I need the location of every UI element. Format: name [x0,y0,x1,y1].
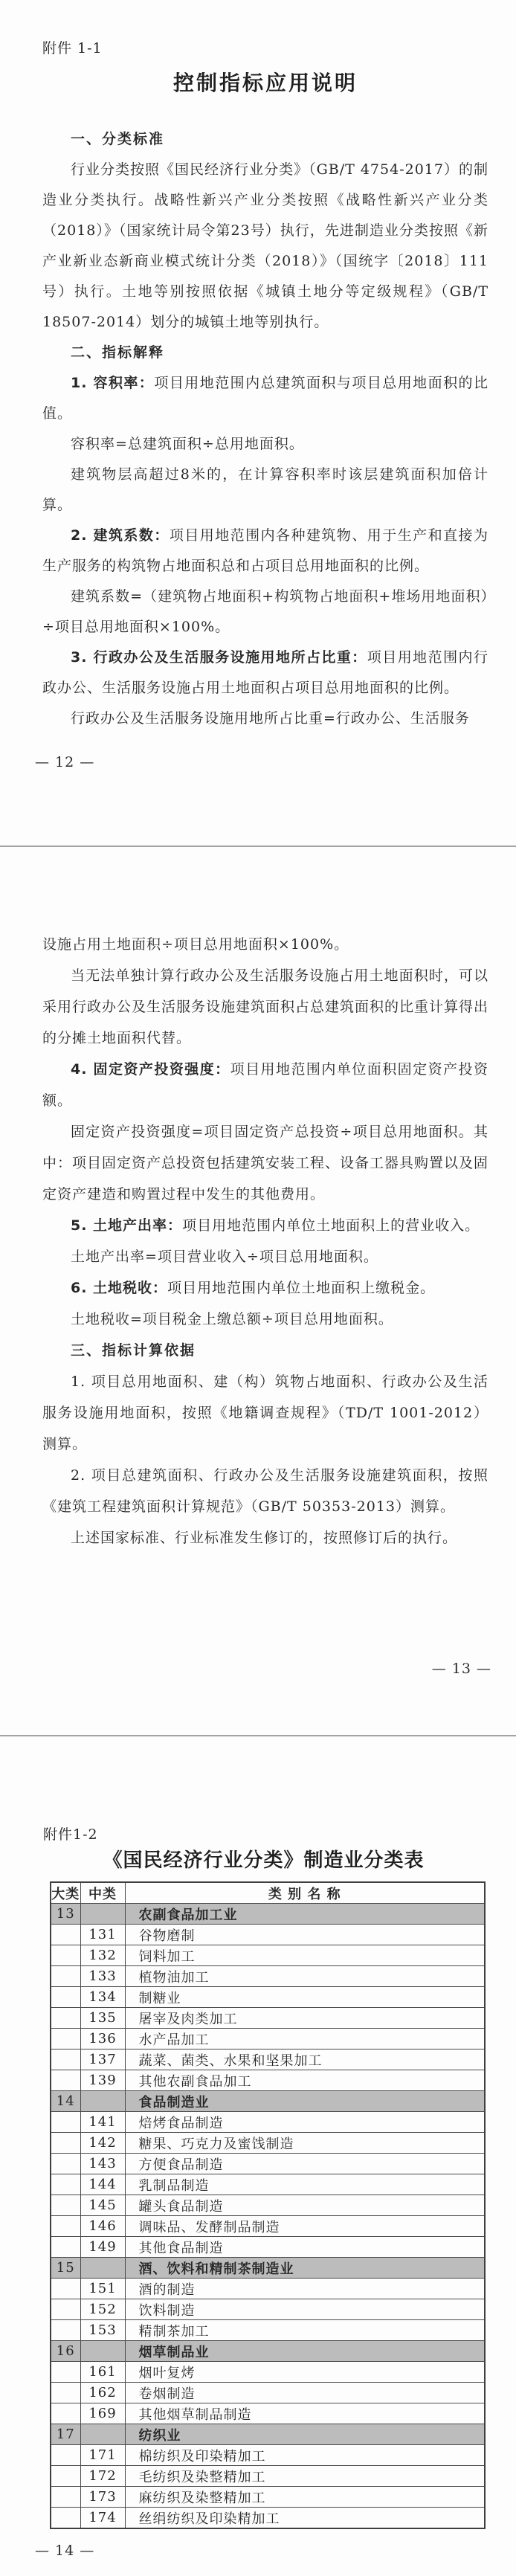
term-lead: 5. 土地产出率： [71,1217,182,1234]
paragraph-text: 行业分类按照《国民经济行业分类》（GB/T 4754-2017）的制造业分类执行… [42,161,488,330]
cell-middle-code: 144 [80,2174,125,2195]
cell-middle-code: 137 [80,2049,125,2070]
cell-middle-code [80,2341,125,2362]
paragraph: 行业分类按照《国民经济行业分类》（GB/T 4754-2017）的制造业分类执行… [42,155,488,338]
page-2-body: 设施占用土地面积÷项目总用地面积×100%。 当无法单独计算行政办公及生活服务设… [42,929,488,1553]
table-row: 171 棉纺织及印染精加工 [51,2445,485,2466]
document-title: 控制指标应用说明 [42,70,488,97]
cell-middle-code: 173 [80,2487,125,2508]
paragraph: 上述国家标准、行业标准发生修订的，按照修订后的执行。 [42,1522,488,1553]
table-row: 174 丝绢纺织及印染精加工 [51,2508,485,2529]
page-number: — 14 — [35,2541,484,2560]
table-row: 149 其他食品制造 [51,2237,485,2258]
page-3: 附件1-2 《国民经济行业分类》制造业分类表 大类 中类 类 别 名 称 13 … [0,1736,516,2576]
cell-major-code [51,2445,80,2466]
paragraph: 当无法单独计算行政办公及生活服务设施占用土地面积时，可以采用行政办公及生活服务设… [42,960,488,1054]
cell-major-code [51,2008,80,2029]
table-row: 152 饮料制造 [51,2299,485,2320]
paragraph: 2. 建筑系数：项目用地范围内各种建筑物、用于生产和直接为生产服务的构筑物占地面… [42,521,488,582]
cell-major-code [51,2466,80,2487]
paragraph-text: 设施占用土地面积÷项目总用地面积×100%。 [42,936,349,953]
table-row: 144 乳制品制造 [51,2174,485,2195]
table-row: 16 烟草制品业 [51,2341,485,2362]
cell-major-code [51,1925,80,1945]
cell-middle-code: 161 [80,2362,125,2383]
cell-middle-code: 172 [80,2466,125,2487]
cell-major-code [51,1987,80,2008]
table-header: 大类 中类 类 别 名 称 [51,1882,485,1904]
cell-category-name: 饮料制造 [125,2299,485,2320]
cell-category-name: 丝绢纺织及印染精加工 [125,2508,485,2529]
cell-middle-code: 151 [80,2279,125,2299]
table-row: 137 蔬菜、菌类、水果和坚果加工 [51,2049,485,2070]
cell-major-code [51,2383,80,2403]
table-row: 173 麻纺织及染整精加工 [51,2487,485,2508]
paragraph-text: 当无法单独计算行政办公及生活服务设施占用土地面积时，可以采用行政办公及生活服务设… [42,967,488,1046]
table-row: 151 酒的制造 [51,2279,485,2299]
cell-category-name: 饲料加工 [125,1945,485,1966]
table-row: 136 水产品加工 [51,2029,485,2049]
cell-category-name: 谷物磨制 [125,1925,485,1945]
paragraph: 土地产出率=项目营业收入÷项目总用地面积。 [42,1241,488,1272]
cell-category-name: 屠宰及肉类加工 [125,2008,485,2029]
term-lead: 3. 行政办公及生活服务设施用地所占比重： [71,649,367,666]
cell-middle-code: 152 [80,2299,125,2320]
cell-category-name: 制糖业 [125,1987,485,2008]
paragraph: 固定资产投资强度=项目固定资产总投资÷项目总用地面积。其中：项目固定资产总投资包… [42,1116,488,1210]
cell-category-name: 农副食品加工业 [125,1904,485,1925]
paragraph-text: 二、指标解释 [71,344,164,361]
cell-major-code [51,2174,80,2195]
paragraph-text: 土地税收=项目税金上缴总额÷项目总用地面积。 [71,1311,393,1327]
paragraph: 行政办公及生活服务设施用地所占比重=行政办公、生活服务 [42,703,488,734]
cell-major-code [51,2133,80,2154]
cell-middle-code: 135 [80,2008,125,2029]
table-row: 161 烟叶复烤 [51,2362,485,2383]
paragraph: 建筑系数=（建筑物占地面积+构筑物占地面积+堆场用地面积）÷项目总用地面积×10… [42,582,488,643]
cell-major-code [51,1966,80,1987]
cell-middle-code: 141 [80,2112,125,2133]
paragraph-text: 行政办公及生活服务设施用地所占比重=行政办公、生活服务 [71,710,470,727]
cell-category-name: 植物油加工 [125,1966,485,1987]
cell-middle-code [80,1904,125,1925]
cell-middle-code: 142 [80,2133,125,2154]
classification-table: 大类 中类 类 别 名 称 13 农副食品加工业 131 谷物磨制 [50,1881,486,2529]
paragraph-text: 建筑系数=（建筑物占地面积+构筑物占地面积+堆场用地面积）÷项目总用地面积×10… [42,588,488,635]
paragraph: 设施占用土地面积÷项目总用地面积×100%。 [42,929,488,960]
paragraph: 6. 土地税收：项目用地范围内单位土地面积上缴税金。 [42,1272,488,1304]
paragraph-text: 一、分类标准 [71,131,164,147]
table-row: 145 罐头食品制造 [51,2195,485,2216]
header-category-name: 类 别 名 称 [125,1882,485,1904]
paragraph: 5. 土地产出率：项目用地范围内单位土地面积上的营业收入。 [42,1210,488,1241]
table-row: 134 制糖业 [51,1987,485,2008]
paragraph: 2. 项目总建筑面积、行政办公及生活服务设施建筑面积，按照《建筑工程建筑面积计算… [42,1460,488,1522]
paragraph-text: 1. 项目总用地面积、建（构）筑物占地面积、行政办公及生活服务设施用地面积，按照… [42,1374,488,1452]
paragraph: 土地税收=项目税金上缴总额÷项目总用地面积。 [42,1304,488,1335]
cell-major-code [51,2487,80,2508]
cell-category-name: 方便食品制造 [125,2154,485,2174]
cell-major-code [51,2049,80,2070]
cell-middle-code: 143 [80,2154,125,2174]
page-number: — 13 — [432,1659,491,1678]
term-lead: 1. 容积率： [71,375,154,391]
term-lead: 4. 固定资产投资强度： [71,1061,230,1078]
cell-middle-code: 134 [80,1987,125,2008]
cell-major-code [51,2299,80,2320]
header-major-category: 大类 [51,1882,80,1904]
table-title: 《国民经济行业分类》制造业分类表 [43,1849,484,1873]
cell-category-name: 食品制造业 [125,2091,485,2112]
cell-category-name: 其他食品制造 [125,2237,485,2258]
cell-middle-code [80,2091,125,2112]
table-row: 142 糖果、巧克力及蜜饯制造 [51,2133,485,2154]
table-row: 169 其他烟草制品制造 [51,2403,485,2424]
table-row: 14 食品制造业 [51,2091,485,2112]
paragraph: 一、分类标准 [42,124,488,155]
paragraph-text: 土地产出率=项目营业收入÷项目总用地面积。 [71,1249,378,1265]
paragraph: 1. 容积率：项目用地范围内总建筑面积与项目总用地面积的比值。 [42,368,488,429]
cell-middle-code [80,2424,125,2445]
cell-major-code: 14 [51,2091,80,2112]
paragraph: 二、指标解释 [42,338,488,368]
cell-major-code [51,2508,80,2529]
table-row: 139 其他农副食品加工 [51,2070,485,2091]
paragraph-text: 建筑物层高超过8米的，在计算容积率时该层建筑面积加倍计算。 [42,466,488,513]
cell-middle-code: 153 [80,2320,125,2341]
cell-major-code: 15 [51,2258,80,2279]
table-row: 131 谷物磨制 [51,1925,485,1945]
cell-category-name: 棉纺织及印染精加工 [125,2445,485,2466]
cell-category-name: 酒、饮料和精制茶制造业 [125,2258,485,2279]
cell-middle-code: 171 [80,2445,125,2466]
cell-category-name: 乳制品制造 [125,2174,485,2195]
cell-category-name: 蔬菜、菌类、水果和坚果加工 [125,2049,485,2070]
cell-major-code [51,2070,80,2091]
cell-middle-code [80,2258,125,2279]
table-body: 13 农副食品加工业 131 谷物磨制 132 饲料加工 [51,1904,485,2529]
cell-middle-code: 133 [80,1966,125,1987]
page-1-body: 一、分类标准 行业分类按照《国民经济行业分类》（GB/T 4754-2017）的… [42,124,488,734]
paragraph: 1. 项目总用地面积、建（构）筑物占地面积、行政办公及生活服务设施用地面积，按照… [42,1366,488,1460]
cell-middle-code: 169 [80,2403,125,2424]
cell-category-name: 糖果、巧克力及蜜饯制造 [125,2133,485,2154]
cell-major-code [51,2154,80,2174]
paragraph: 建筑物层高超过8米的，在计算容积率时该层建筑面积加倍计算。 [42,460,488,521]
cell-middle-code: 149 [80,2237,125,2258]
cell-major-code: 17 [51,2424,80,2445]
table-row: 17 纺织业 [51,2424,485,2445]
paragraph-text: 2. 项目总建筑面积、行政办公及生活服务设施建筑面积，按照《建筑工程建筑面积计算… [42,1467,488,1515]
table-header-row: 大类 中类 类 别 名 称 [51,1882,485,1904]
cell-major-code [51,2320,80,2341]
table-row: 162 卷烟制造 [51,2383,485,2403]
cell-category-name: 精制茶加工 [125,2320,485,2341]
cell-category-name: 麻纺织及染整精加工 [125,2487,485,2508]
paragraph-text: 上述国家标准、行业标准发生修订的，按照修订后的执行。 [71,1530,457,1546]
attachment-label: 附件1-2 [43,1825,484,1844]
cell-category-name: 烟叶复烤 [125,2362,485,2383]
table-row: 135 屠宰及肉类加工 [51,2008,485,2029]
paragraph-text: 项目用地范围内单位土地面积上的营业收入。 [182,1217,480,1234]
paragraph-text: 固定资产投资强度=项目固定资产总投资÷项目总用地面积。其中：项目固定资产总投资包… [42,1124,488,1202]
paragraph: 容积率=总建筑面积÷总用地面积。 [42,429,488,460]
table-row: 141 焙烤食品制造 [51,2112,485,2133]
cell-middle-code: 146 [80,2216,125,2237]
cell-category-name: 水产品加工 [125,2029,485,2049]
cell-major-code [51,2237,80,2258]
cell-category-name: 酒的制造 [125,2279,485,2299]
table-row: 143 方便食品制造 [51,2154,485,2174]
cell-category-name: 其他农副食品加工 [125,2070,485,2091]
paragraph: 4. 固定资产投资强度：项目用地范围内单位面积固定资产投资额。 [42,1054,488,1116]
cell-middle-code: 131 [80,1925,125,1945]
term-lead: 2. 建筑系数： [71,527,170,544]
cell-major-code: 13 [51,1904,80,1925]
cell-middle-code: 162 [80,2383,125,2403]
paragraph-text: 三、指标计算依据 [71,1342,196,1359]
cell-major-code [51,2216,80,2237]
cell-major-code [51,1945,80,1966]
cell-category-name: 纺织业 [125,2424,485,2445]
cell-major-code [51,2362,80,2383]
paragraph-text: 项目用地范围内单位土地面积上缴税金。 [167,1280,435,1296]
table-row: 153 精制茶加工 [51,2320,485,2341]
cell-middle-code: 136 [80,2029,125,2049]
cell-major-code [51,2195,80,2216]
cell-major-code [51,2112,80,2133]
term-lead: 6. 土地税收： [71,1280,167,1296]
paragraph: 3. 行政办公及生活服务设施用地所占比重：项目用地范围内行政办公、生活服务设施占… [42,643,488,703]
cell-major-code [51,2403,80,2424]
paragraph: 三、指标计算依据 [42,1335,488,1366]
cell-middle-code: 139 [80,2070,125,2091]
cell-category-name: 其他烟草制品制造 [125,2403,485,2424]
cell-category-name: 调味品、发酵制品制造 [125,2216,485,2237]
page-1: 附件 1-1 控制指标应用说明 一、分类标准 行业分类按照《国民经济行业分类》（… [0,0,516,846]
table-row: 13 农副食品加工业 [51,1904,485,1925]
attachment-label: 附件 1-1 [42,39,488,58]
table-row: 132 饲料加工 [51,1945,485,1966]
cell-major-code: 16 [51,2341,80,2362]
cell-middle-code: 145 [80,2195,125,2216]
header-middle-category: 中类 [80,1882,125,1904]
cell-category-name: 卷烟制造 [125,2383,485,2403]
table-row: 15 酒、饮料和精制茶制造业 [51,2258,485,2279]
table-row: 146 调味品、发酵制品制造 [51,2216,485,2237]
cell-category-name: 罐头食品制造 [125,2195,485,2216]
paragraph-text: 容积率=总建筑面积÷总用地面积。 [71,436,304,452]
table-row: 172 毛纺织及染整精加工 [51,2466,485,2487]
cell-category-name: 焙烤食品制造 [125,2112,485,2133]
cell-middle-code: 132 [80,1945,125,1966]
page-2: 设施占用土地面积÷项目总用地面积×100%。 当无法单独计算行政办公及生活服务设… [0,847,516,1735]
cell-major-code [51,2029,80,2049]
page-number: — 12 — [35,753,94,772]
cell-category-name: 烟草制品业 [125,2341,485,2362]
cell-middle-code: 174 [80,2508,125,2529]
cell-category-name: 毛纺织及染整精加工 [125,2466,485,2487]
cell-major-code [51,2279,80,2299]
table-row: 133 植物油加工 [51,1966,485,1987]
